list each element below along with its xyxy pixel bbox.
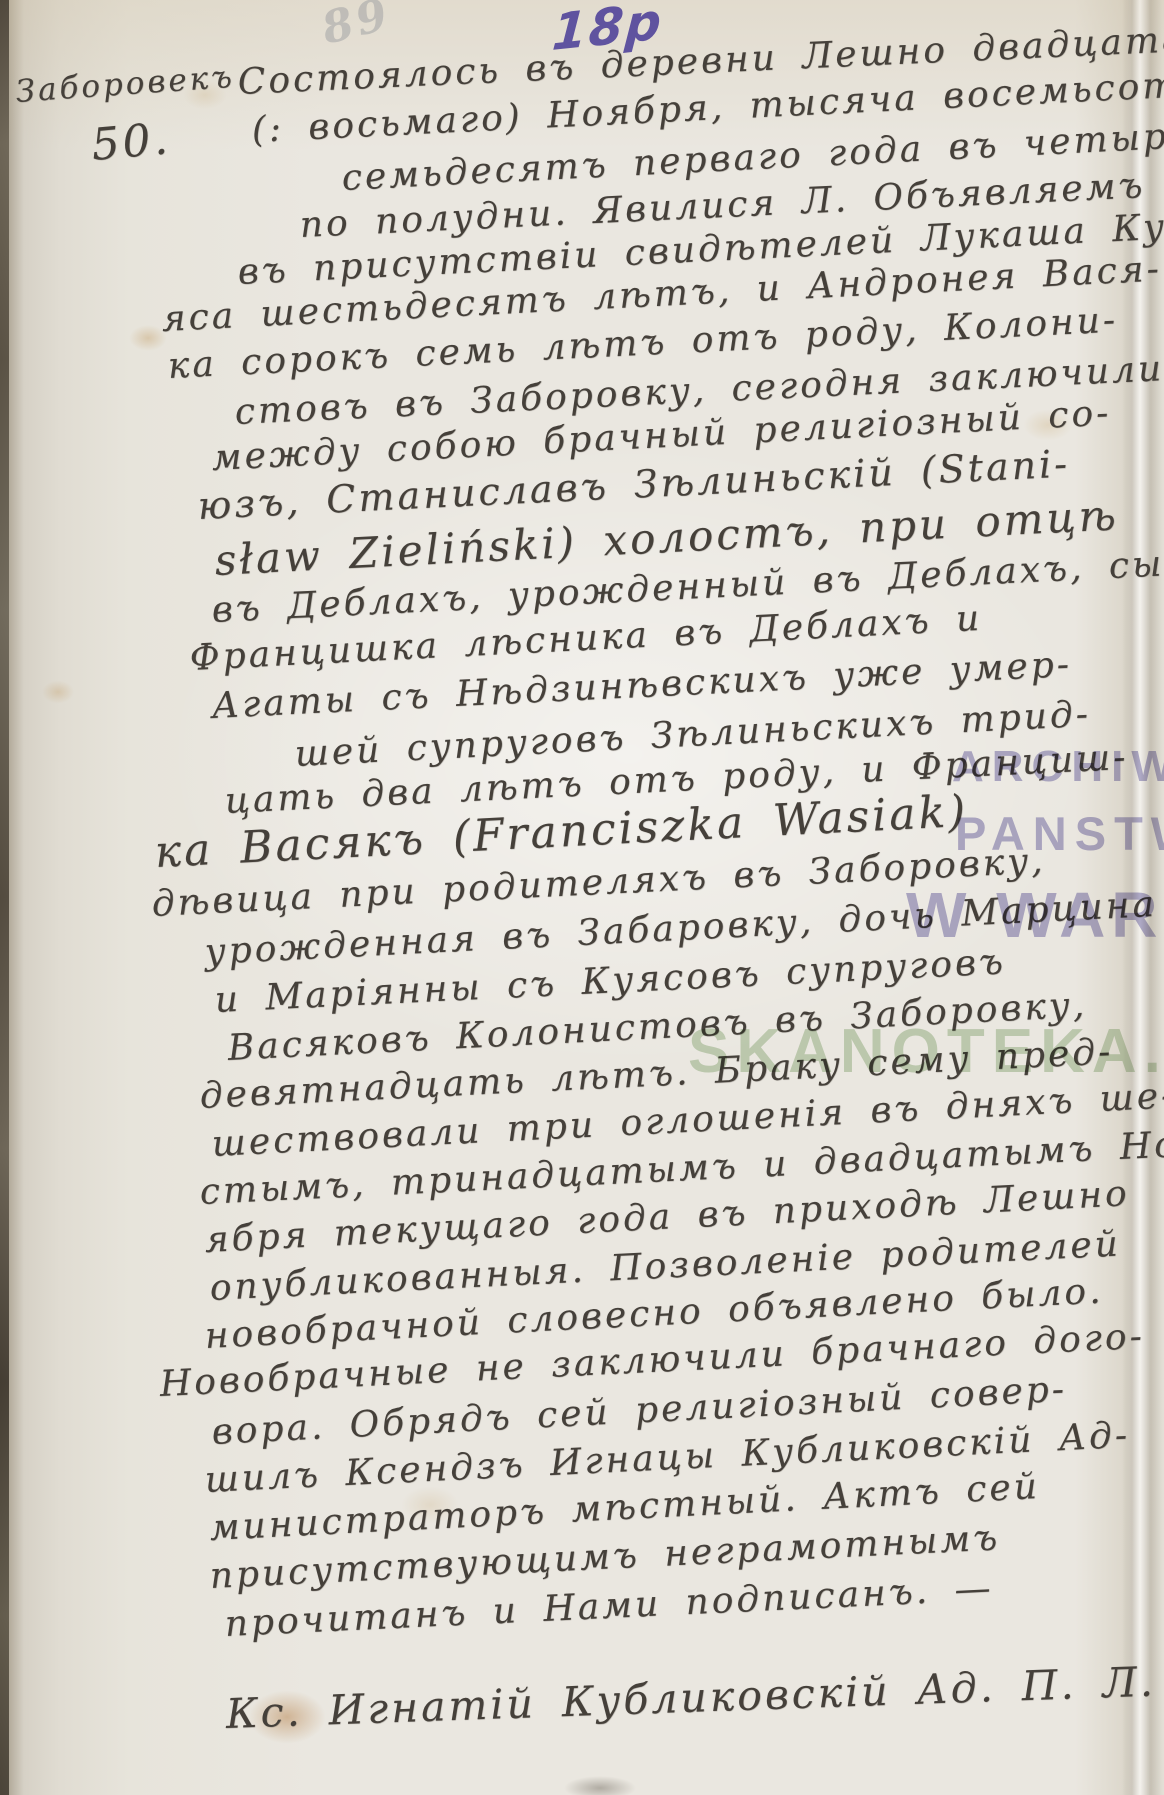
binding-edge <box>0 0 9 1795</box>
watermark-skanoteka: SKANOTEKA.GE <box>688 1016 1164 1087</box>
margin-place-label: Заборовекъ <box>14 59 235 110</box>
bleedthrough-mark: 89 <box>317 0 397 55</box>
signature-line: Кс. Игнатій Кубликовскій Ад. П. Л. <box>225 1658 1156 1738</box>
watermark-archiwum-line2: PANSTW <box>955 806 1164 861</box>
watermark-archiwum-line1: ARCHIW <box>952 742 1164 792</box>
scanned-document-page: 89 18p Заборовекъ 50. Состоялось въ дере… <box>0 0 1164 1795</box>
watermark-archiwum-line3: W WARS <box>906 878 1164 952</box>
act-number-label: 50. <box>89 113 172 171</box>
